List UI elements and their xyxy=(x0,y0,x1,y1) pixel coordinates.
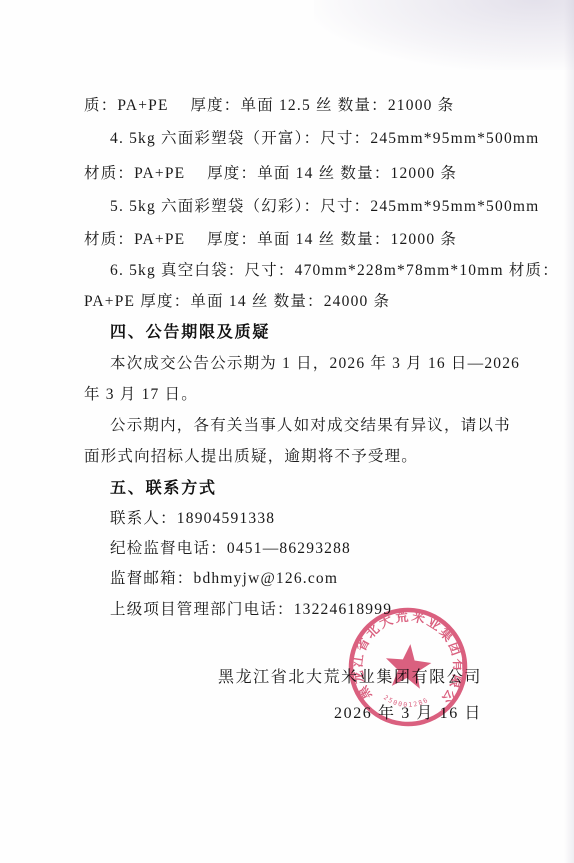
superior-dept-phone-line: 上级项目管理部门电话：13224618999 xyxy=(110,599,392,621)
objection-line-2: 面形式向招标人提出质疑，逾期将不予受理。 xyxy=(84,446,418,468)
objection-line-1: 公示期内，各有关当事人如对成交结果有异议，请以书 xyxy=(110,415,511,437)
scan-edge-artifact-right xyxy=(564,0,574,863)
contact-person-line: 联系人：18904591338 xyxy=(110,508,275,530)
spec-material-line-6: PA+PE 厚度：单面 14 丝 数量：24000 条 xyxy=(84,291,390,313)
spec-material-line-4: 材质：PA+PE 厚度：单面 14 丝 数量：12000 条 xyxy=(84,163,457,185)
section-heading-announcement-period: 四、公告期限及质疑 xyxy=(110,322,270,344)
signature-company: 黑龙江省北大荒米业集团有限公司 xyxy=(218,664,482,687)
announcement-period-line-1: 本次成交公告公示期为 1 日，2026 年 3 月 16 日—2026 xyxy=(110,353,520,375)
section-heading-contact: 五、联系方式 xyxy=(110,478,217,500)
discipline-phone-line: 纪检监督电话：0451—86293288 xyxy=(110,538,351,560)
spec-material-line-5: 材质：PA+PE 厚度：单面 14 丝 数量：12000 条 xyxy=(84,229,457,251)
spec-material-line-3: 质：PA+PE 厚度：单面 12.5 丝 数量：21000 条 xyxy=(84,95,454,117)
supervision-email-line: 监督邮箱：bdhmyjw@126.com xyxy=(110,568,338,590)
scan-edge-artifact-top xyxy=(314,0,574,70)
spec-item-4: 4. 5kg 六面彩塑袋（开富）：尺寸：245mm*95mm*500mm xyxy=(110,128,539,150)
signature-date: 2026 年 3 月 16 日 xyxy=(334,700,482,723)
spec-item-5: 5. 5kg 六面彩塑袋（幻彩）：尺寸：245mm*95mm*500mm xyxy=(110,196,539,218)
announcement-period-line-2: 年 3 月 17 日。 xyxy=(84,384,198,406)
scanned-announcement-page: 质：PA+PE 厚度：单面 12.5 丝 数量：21000 条 4. 5kg 六… xyxy=(0,0,574,863)
spec-item-6: 6. 5kg 真空白袋：尺寸：470mm*228m*78mm*10mm 材质： xyxy=(110,260,559,282)
